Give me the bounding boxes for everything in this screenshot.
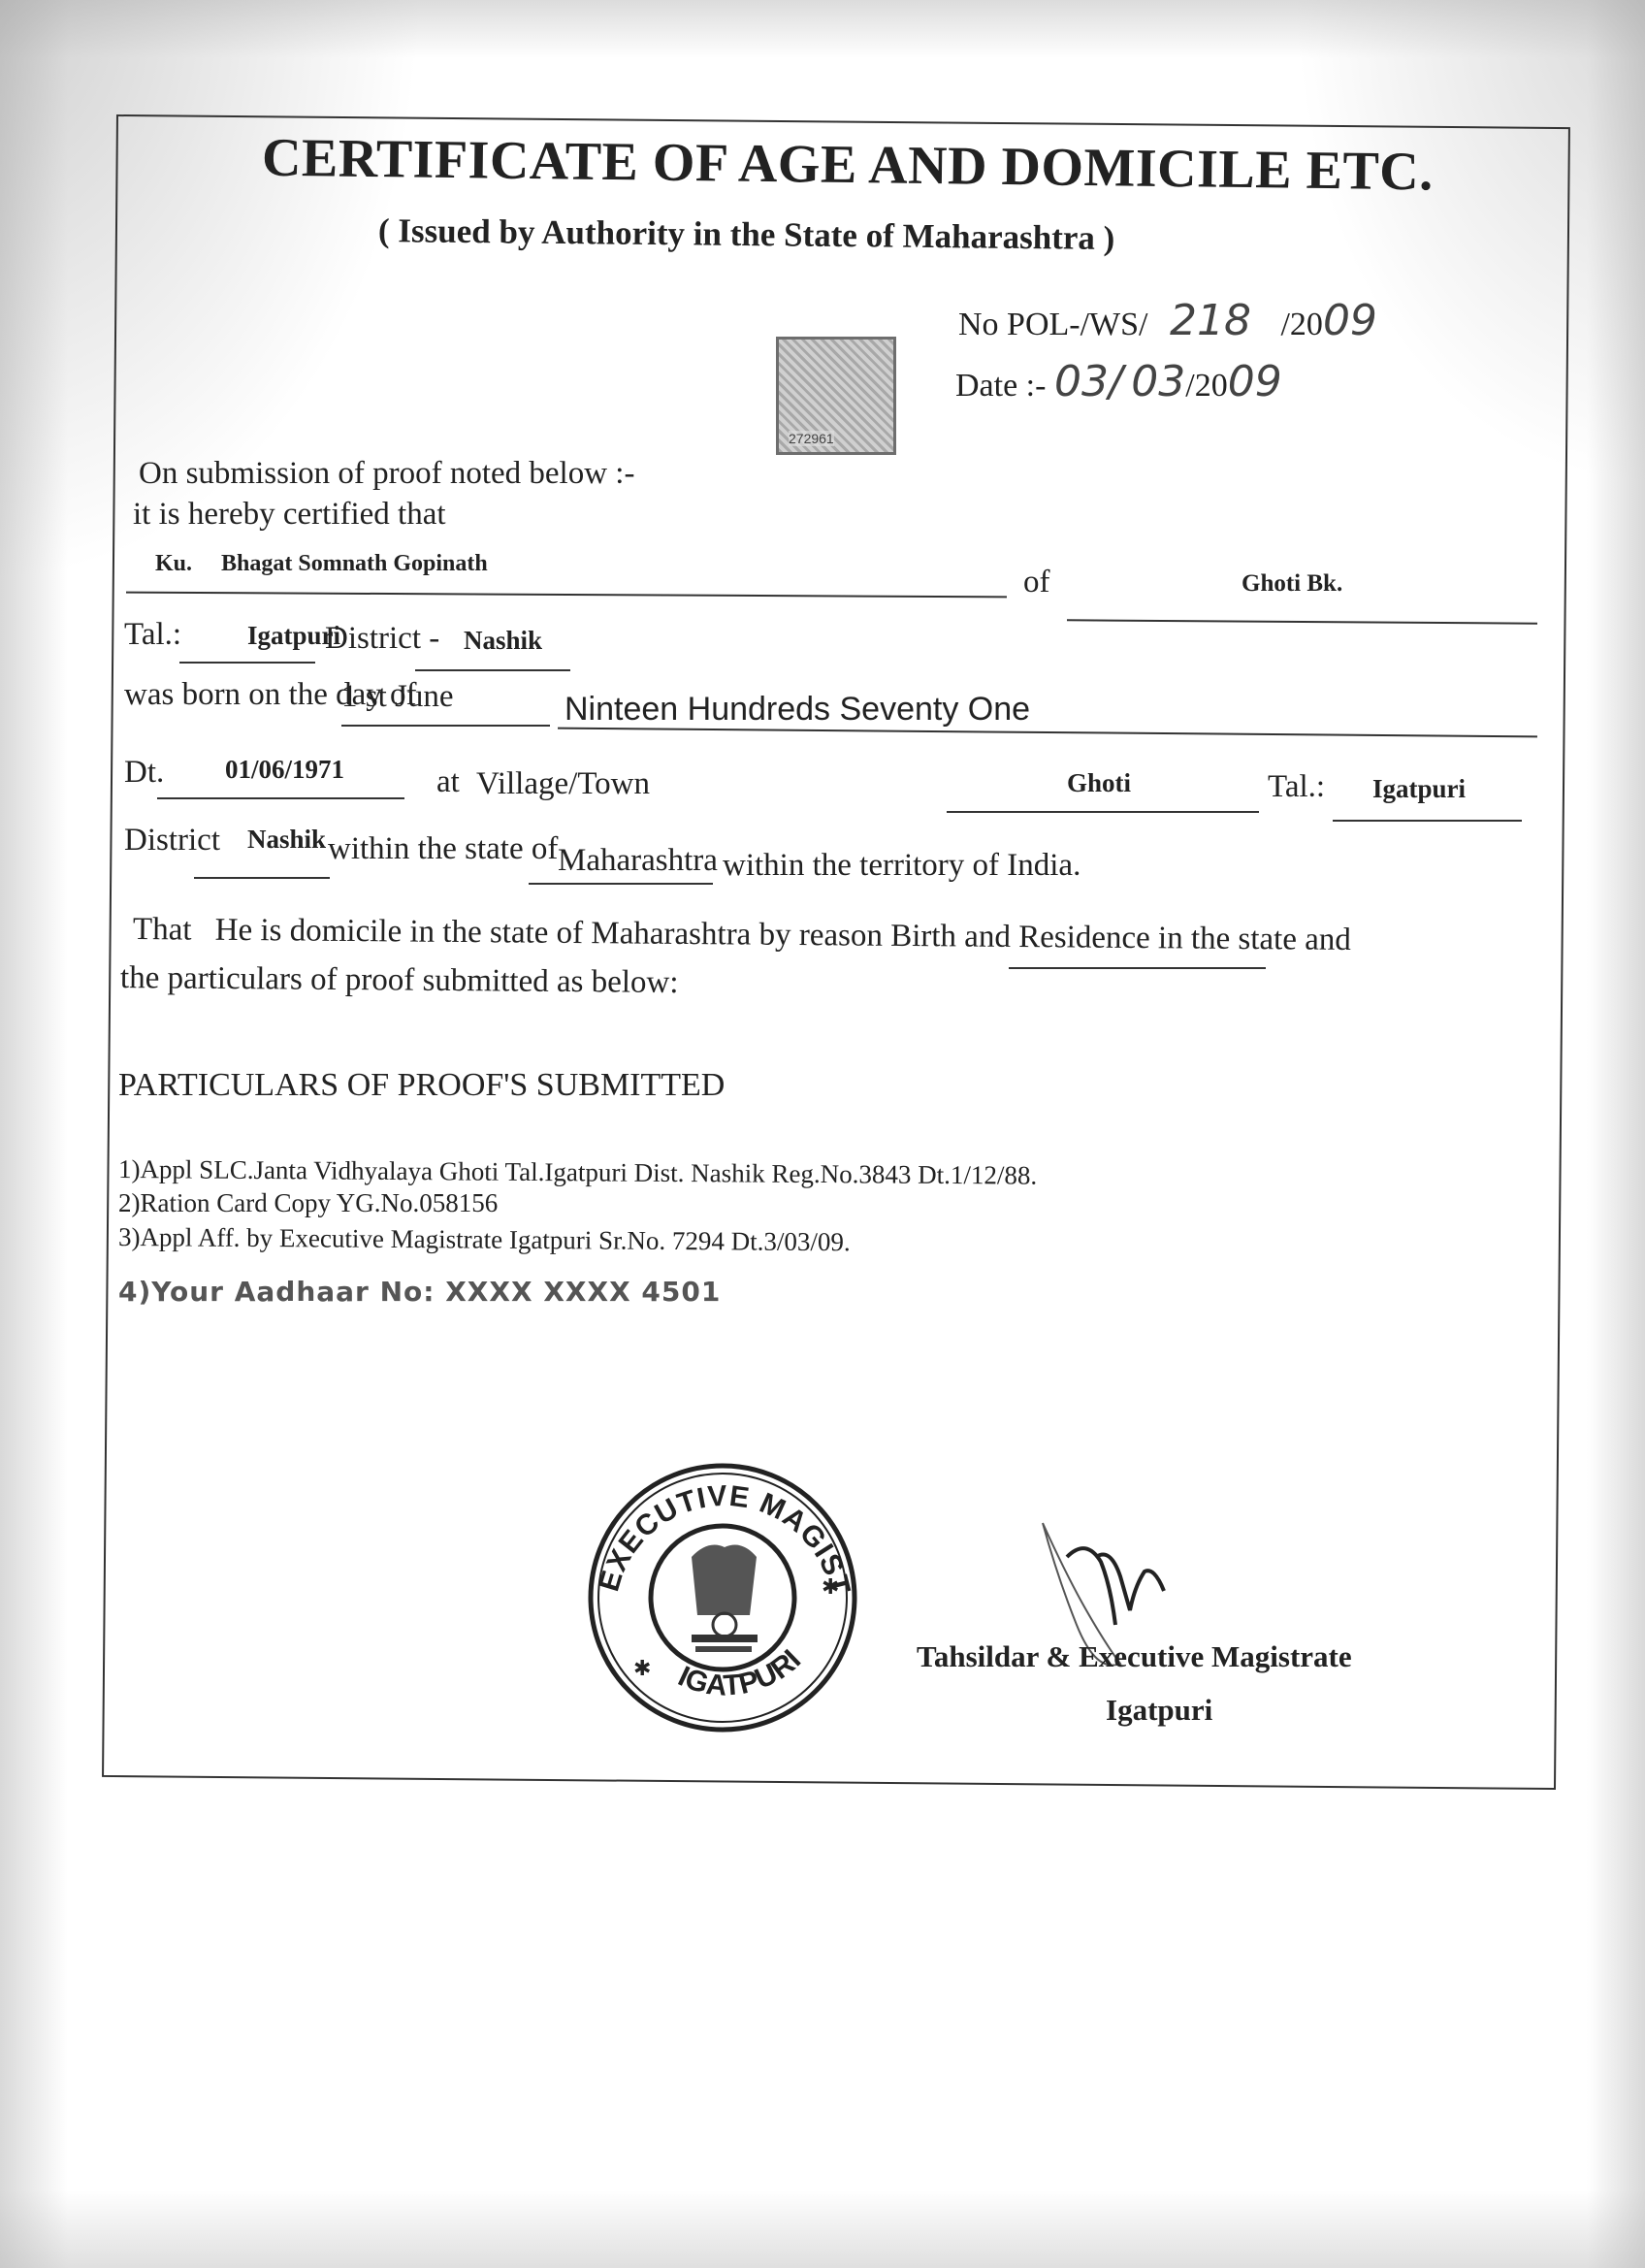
ref-year-prefix: /20 <box>1280 307 1322 342</box>
revenue-stamp-serial: 272961 <box>789 431 834 446</box>
district2-label: District <box>124 823 220 859</box>
svg-text:IGATPURI: IGATPURI <box>673 1644 807 1702</box>
date-day: 03/ <box>1054 357 1123 406</box>
proofs-heading: PARTICULARS OF PROOF'S SUBMITTED <box>118 1067 725 1104</box>
tal2-underline <box>1333 820 1522 822</box>
tal2-value: Igatpuri <box>1372 774 1466 804</box>
certificate-page: { "header": { "title": "CERTIFICATE OF A… <box>0 0 1645 2268</box>
proof-item-2: 2)Ration Card Copy YG.No.058156 <box>118 1188 498 1218</box>
village-value: Ghoti <box>1067 768 1131 798</box>
village-underline <box>947 811 1259 813</box>
tal-underline <box>179 662 315 664</box>
reference-date: Date :- 03/ 03/2009 <box>955 357 1282 406</box>
district-underline <box>415 669 570 671</box>
district-label: District - <box>325 621 439 657</box>
ref-no-label: No POL-/WS/ <box>958 307 1148 342</box>
village-label: Village/Town <box>476 766 650 802</box>
intro-line-2: it is hereby certified that <box>133 497 446 533</box>
born-day-month: 1 st June <box>341 679 454 715</box>
svg-text:✱: ✱ <box>633 1656 651 1680</box>
domicile-reason: Birth and Residence <box>890 919 1150 956</box>
intro-line-1: On submission of proof noted below :- <box>139 456 634 492</box>
domicile-text-2: in the state and <box>1158 921 1351 957</box>
date-month: 03 <box>1131 357 1185 406</box>
dt-value: 01/06/1971 <box>225 755 344 785</box>
reason-underline <box>1009 967 1266 969</box>
person-prefix: Ku. <box>155 551 192 577</box>
territory-text: within the territory of India. <box>723 848 1081 884</box>
at-label: at <box>436 764 460 800</box>
seal-emblem-icon: EXECUTIVE MAGISTRATE IGATPURI ✱ ✱ <box>577 1450 868 1741</box>
reference-number: No POL-/WS/ 218 /2009 <box>958 296 1377 345</box>
executive-magistrate-seal: EXECUTIVE MAGISTRATE IGATPURI ✱ ✱ <box>577 1450 868 1741</box>
born-year-words: Ninteen Hundreds Seventy One <box>564 691 1030 729</box>
born-day-underline <box>341 725 550 727</box>
date-year-prefix: /20 <box>1185 368 1227 404</box>
of-label: of <box>1023 565 1050 600</box>
handwritten-aadhaar-note: 4)Your Aadhaar No: XXXX XXXX 4501 <box>118 1276 721 1308</box>
person-name: Bhagat Somnath Gopinath <box>221 551 488 577</box>
domicile-pronoun: He <box>215 913 253 948</box>
district2-underline <box>194 877 330 879</box>
proof-item-1: 1)Appl SLC.Janta Vidhyalaya Ghoti Tal.Ig… <box>118 1154 1037 1191</box>
proof-item-3: 3)Appl Aff. by Executive Magistrate Igat… <box>118 1222 851 1257</box>
ref-year-suffix: 09 <box>1323 296 1377 345</box>
state-label: within the state of <box>328 831 558 867</box>
district-value: Nashik <box>464 626 542 656</box>
domicile-line-2: the particulars of proof submitted as be… <box>120 960 679 1001</box>
state-value: Maharashtra <box>558 843 718 879</box>
certificate-subtitle: ( Issued by Authority in the State of Ma… <box>378 211 1115 258</box>
ref-no-value: 218 <box>1170 296 1251 345</box>
domicile-that: That <box>133 912 192 948</box>
date-year-suffix: 09 <box>1228 357 1282 406</box>
signatory-title: Tahsildar & Executive Magistrate <box>917 1639 1352 1674</box>
date-label: Date :- <box>955 368 1046 404</box>
dt-underline <box>157 797 404 799</box>
of-place: Ghoti Bk. <box>1242 570 1342 598</box>
tal-label: Tal.: <box>124 617 181 653</box>
dt-label: Dt. <box>124 755 164 791</box>
signatory-place: Igatpuri <box>1106 1693 1212 1728</box>
district2-value: Nashik <box>247 825 326 855</box>
domicile-text-1: is domicile in the state of Maharashtra … <box>260 913 883 954</box>
svg-text:✱: ✱ <box>822 1574 839 1599</box>
tal2-label: Tal.: <box>1268 769 1325 805</box>
state-underline <box>529 883 713 885</box>
revenue-stamp: 272961 <box>776 337 896 455</box>
